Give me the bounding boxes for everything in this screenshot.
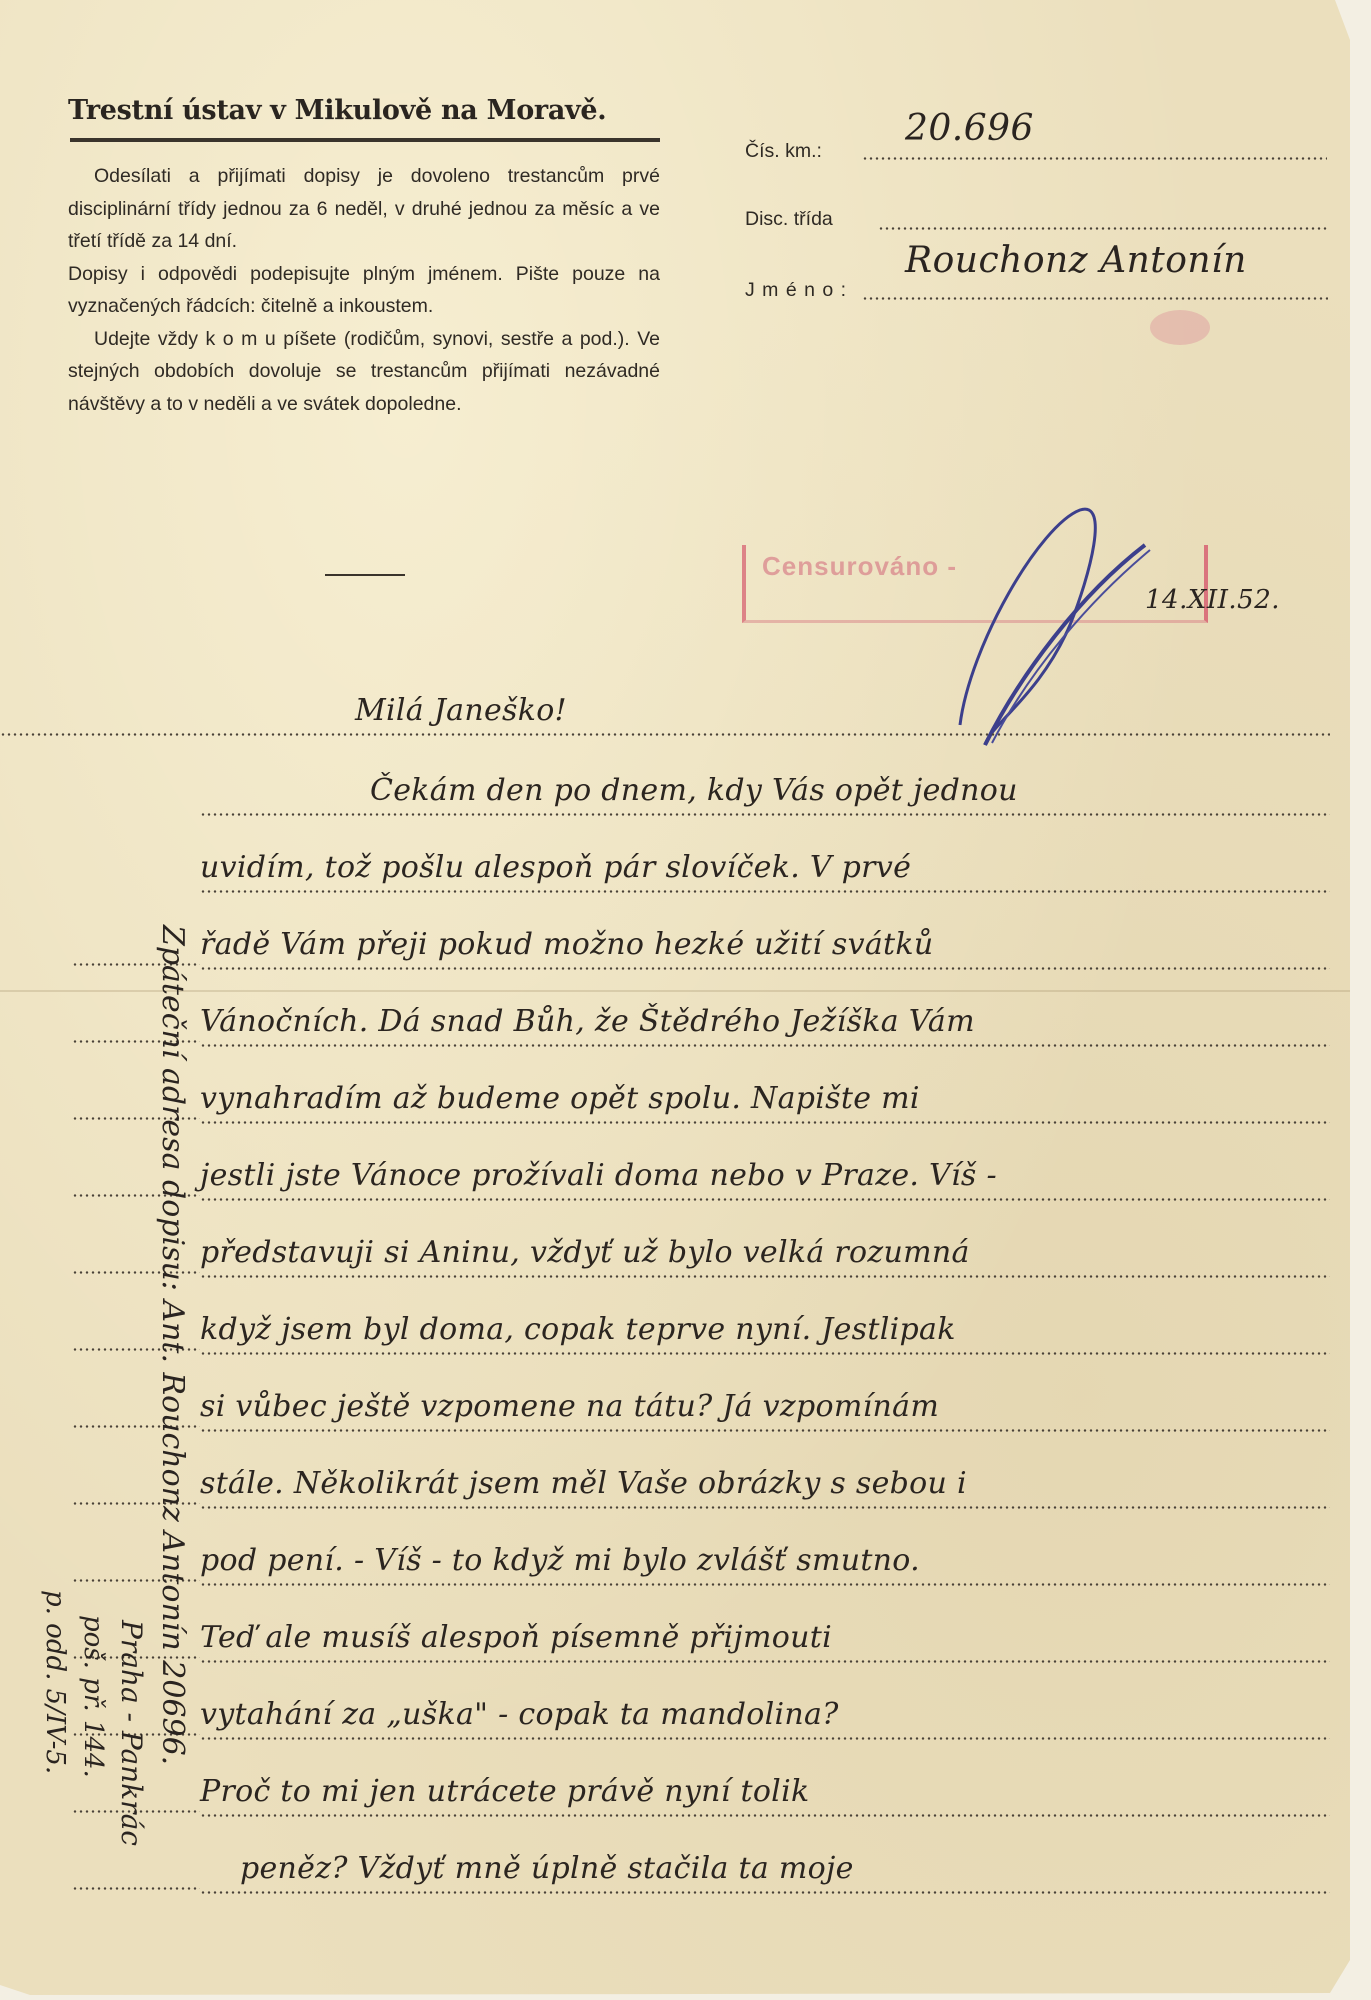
jmeno-label: J m é n o : <box>745 279 847 302</box>
institution-title: Trestní ústav v Mikulově na Moravě. <box>68 95 658 126</box>
section-divider <box>325 574 405 576</box>
jmeno-dotted-line <box>862 297 1328 300</box>
dotted-line <box>200 1506 1330 1509</box>
dotted-line <box>200 890 1330 893</box>
letter-line-7: představuji si Aninu, vždyť už bylo velk… <box>200 1222 1350 1278</box>
correspondence-rules: Odesílati a přijímati dopisy je dovoleno… <box>68 160 660 420</box>
disc-trida-label: Disc. třída <box>745 208 833 231</box>
salutation-line: Milá Janeško! <box>0 680 1150 736</box>
letter-line-12: Teď ale musíš alespoň písemně přijmouti <box>200 1607 1350 1663</box>
letter-text: představuji si Aninu, vždyť už bylo velk… <box>200 1235 970 1270</box>
letter-line-6: jestli jste Vánoce prožívali doma nebo v… <box>200 1145 1350 1201</box>
letter-text: stále. Několikrát jsem měl Vaše obrázky … <box>200 1466 967 1501</box>
letter-text: vytahání za „uška" - copak ta mandolina? <box>200 1697 839 1732</box>
return-address-line-2: Praha - Pankrác <box>115 1620 148 1846</box>
dotted-line <box>200 1352 1330 1355</box>
letter-text: si vůbec ještě vzpomene na tátu? Já vzpo… <box>200 1389 939 1424</box>
letter-line-5: vynahradím až budeme opět spolu. Napište… <box>200 1068 1350 1124</box>
letter-line-15: peněz? Vždyť mně úplně stačila ta moje <box>200 1838 1350 1894</box>
letter-text: vynahradím až budeme opět spolu. Napište… <box>200 1081 920 1116</box>
dotted-line <box>200 1583 1330 1586</box>
rule-paragraph-2: Dopisy i odpovědi podepisujte plným jmén… <box>68 258 660 323</box>
letter-line-4: Vánočních. Dá snad Bůh, že Štědrého Ježí… <box>200 991 1350 1047</box>
dotted-line <box>200 1814 1330 1817</box>
letter-line-3: řadě Vám přeji pokud možno hezké užití s… <box>200 914 1350 970</box>
letter-text: uvidím, tož pošlu alespoň pár slovíček. … <box>200 850 911 885</box>
letter-line-13: vytahání za „uška" - copak ta mandolina? <box>200 1684 1350 1740</box>
return-address-line-4: p. odd. 5/IV-5. <box>40 1590 70 1774</box>
dotted-line <box>200 1121 1330 1124</box>
dotted-line <box>200 813 1330 816</box>
letter-line-10: stále. Několikrát jsem měl Vaše obrázky … <box>200 1453 1350 1509</box>
dotted-line <box>200 1429 1330 1432</box>
red-ink-smudge <box>1150 310 1210 345</box>
letter-text: Vánočních. Dá snad Bůh, že Štědrého Ježí… <box>200 1004 975 1039</box>
cis-km-label: Čís. km.: <box>745 140 822 163</box>
cis-km-dotted-line <box>862 157 1327 160</box>
return-address-line-3: poš. př. 144. <box>78 1615 108 1778</box>
dotted-line <box>200 1275 1330 1278</box>
title-underline <box>70 138 660 142</box>
rule-paragraph-3: Udejte vždy k o m u píšete (rodičům, syn… <box>68 323 660 421</box>
letter-text: Teď ale musíš alespoň písemně přijmouti <box>200 1620 832 1655</box>
letter-line-9: si vůbec ještě vzpomene na tátu? Já vzpo… <box>200 1376 1350 1432</box>
letter-line-8: když jsem byl doma, copak teprve nyní. J… <box>200 1299 1350 1355</box>
rule-paragraph-1: Odesílati a přijímati dopisy je dovoleno… <box>68 160 660 258</box>
dotted-line <box>200 1198 1330 1201</box>
letter-line-11: pod pení. - Víš - to když mi bylo zvlášť… <box>200 1530 1350 1586</box>
letter-line-1: Čekám den po dnem, kdy Vás opět jednou <box>200 760 1350 816</box>
letter-line-2: uvidím, tož pošlu alespoň pár slovíček. … <box>200 837 1350 893</box>
dotted-line <box>200 1044 1330 1047</box>
letter-line-14: Proč to mi jen utrácete právě nyní tolik <box>200 1761 1350 1817</box>
dotted-line <box>0 733 1330 736</box>
letter-text: řadě Vám přeji pokud možno hezké užití s… <box>200 927 934 962</box>
dotted-line <box>200 967 1330 970</box>
letter-text: peněz? Vždyť mně úplně stačila ta moje <box>240 1851 854 1886</box>
margin-dotted-line <box>72 1887 200 1890</box>
disc-trida-dotted-line <box>878 227 1328 230</box>
cis-km-value: 20.696 <box>905 108 1034 149</box>
jmeno-value: Rouchonz Antonín <box>905 240 1247 281</box>
letter-text: když jsem byl doma, copak teprve nyní. J… <box>200 1312 956 1347</box>
letter-text: Proč to mi jen utrácete právě nyní tolik <box>200 1774 809 1809</box>
letter-text: jestli jste Vánoce prožívali doma nebo v… <box>200 1158 997 1193</box>
salutation: Milá Janeško! <box>355 693 567 728</box>
letter-text: pod pení. - Víš - to když mi bylo zvlášť… <box>200 1543 920 1578</box>
dotted-line <box>200 1660 1330 1663</box>
letter-text: Čekám den po dnem, kdy Vás opět jednou <box>370 773 1018 808</box>
dotted-line <box>200 1891 1330 1894</box>
return-address-line-1: Zpáteční adresa dopisu: Ant. Rouchonz An… <box>155 925 190 1765</box>
censorship-stamp-text: Censurováno - <box>762 551 957 582</box>
dotted-line <box>200 1737 1330 1740</box>
